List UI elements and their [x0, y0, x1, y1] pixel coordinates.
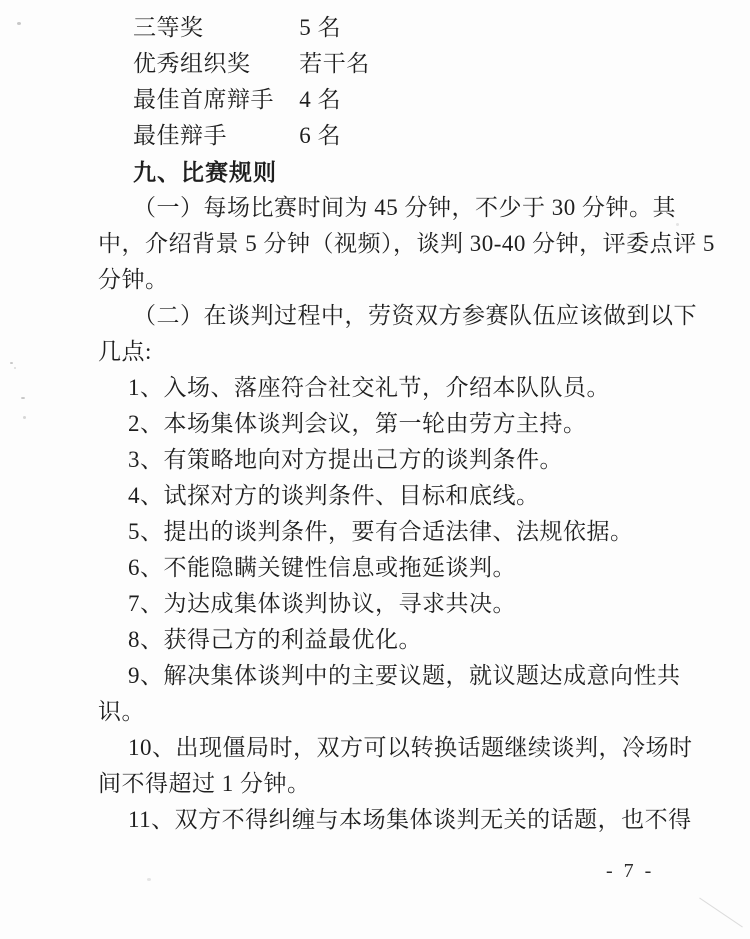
award-label: 优秀组织奖 — [133, 46, 293, 82]
rule-item-7: 7、为达成集体谈判协议，寻求共决。 — [98, 586, 738, 622]
rule-item-6: 6、不能隐瞒关键性信息或拖延谈判。 — [98, 550, 738, 586]
award-row-third-prize: 三等奖 5 名 — [98, 10, 738, 46]
rule-item-2: 2、本场集体谈判会议，第一轮由劳方主持。 — [98, 406, 738, 442]
rule-item-3: 3、有策略地向对方提出己方的谈判条件。 — [98, 442, 738, 478]
rule-item-8: 8、获得己方的利益最优化。 — [98, 622, 738, 658]
rule-item-9-continuation: 识。 — [98, 694, 738, 730]
scan-speck — [147, 878, 151, 881]
award-count: 4 名 — [299, 82, 341, 118]
section-heading: 九、比赛规则 — [98, 154, 738, 190]
document-body: 三等奖 5 名 优秀组织奖 若干名 最佳首席辩手 4 名 最佳辩手 6 名 九、… — [98, 10, 738, 838]
scan-scratch — [699, 898, 743, 928]
paragraph-two-line: 几点: — [98, 334, 738, 370]
scan-speck — [17, 22, 21, 25]
rule-item-10-continuation: 间不得超过 1 分钟。 — [98, 766, 738, 802]
paragraph-one-line: 中，介绍背景 5 分钟（视频），谈判 30-40 分钟，评委点评 5 — [98, 226, 738, 262]
award-row-best-chief-debater: 最佳首席辩手 4 名 — [98, 82, 738, 118]
rule-item-11: 11、双方不得纠缠与本场集体谈判无关的话题，也不得 — [98, 802, 738, 838]
rule-item-9: 9、解决集体谈判中的主要议题，就议题达成意向性共 — [98, 658, 738, 694]
rule-item-5: 5、提出的谈判条件，要有合适法律、法规依据。 — [98, 514, 738, 550]
rule-item-4: 4、试探对方的谈判条件、目标和底线。 — [98, 478, 738, 514]
award-label: 最佳辩手 — [133, 118, 293, 154]
scan-speck — [10, 362, 13, 364]
rule-item-10: 10、出现僵局时，双方可以转换话题继续谈判，冷场时 — [98, 730, 738, 766]
award-count: 5 名 — [299, 10, 341, 46]
award-count: 6 名 — [299, 118, 341, 154]
award-row-organization-prize: 优秀组织奖 若干名 — [98, 46, 738, 82]
award-row-best-debater: 最佳辩手 6 名 — [98, 118, 738, 154]
paragraph-one-line: 分钟。 — [98, 262, 738, 298]
award-label: 最佳首席辩手 — [133, 82, 293, 118]
document-page: 三等奖 5 名 优秀组织奖 若干名 最佳首席辩手 4 名 最佳辩手 6 名 九、… — [0, 0, 750, 939]
scan-speck — [14, 367, 16, 369]
award-count: 若干名 — [299, 46, 370, 82]
page-number: - 7 - — [606, 860, 654, 883]
scan-speck — [21, 397, 25, 399]
scan-speck — [676, 223, 679, 226]
scan-speck — [23, 416, 26, 419]
paragraph-two-line: （二）在谈判过程中，劳资双方参赛队伍应该做到以下 — [98, 298, 738, 334]
award-label: 三等奖 — [133, 10, 293, 46]
rule-item-1: 1、入场、落座符合社交礼节，介绍本队队员。 — [98, 370, 738, 406]
paragraph-one-line: （一）每场比赛时间为 45 分钟，不少于 30 分钟。其 — [98, 190, 738, 226]
